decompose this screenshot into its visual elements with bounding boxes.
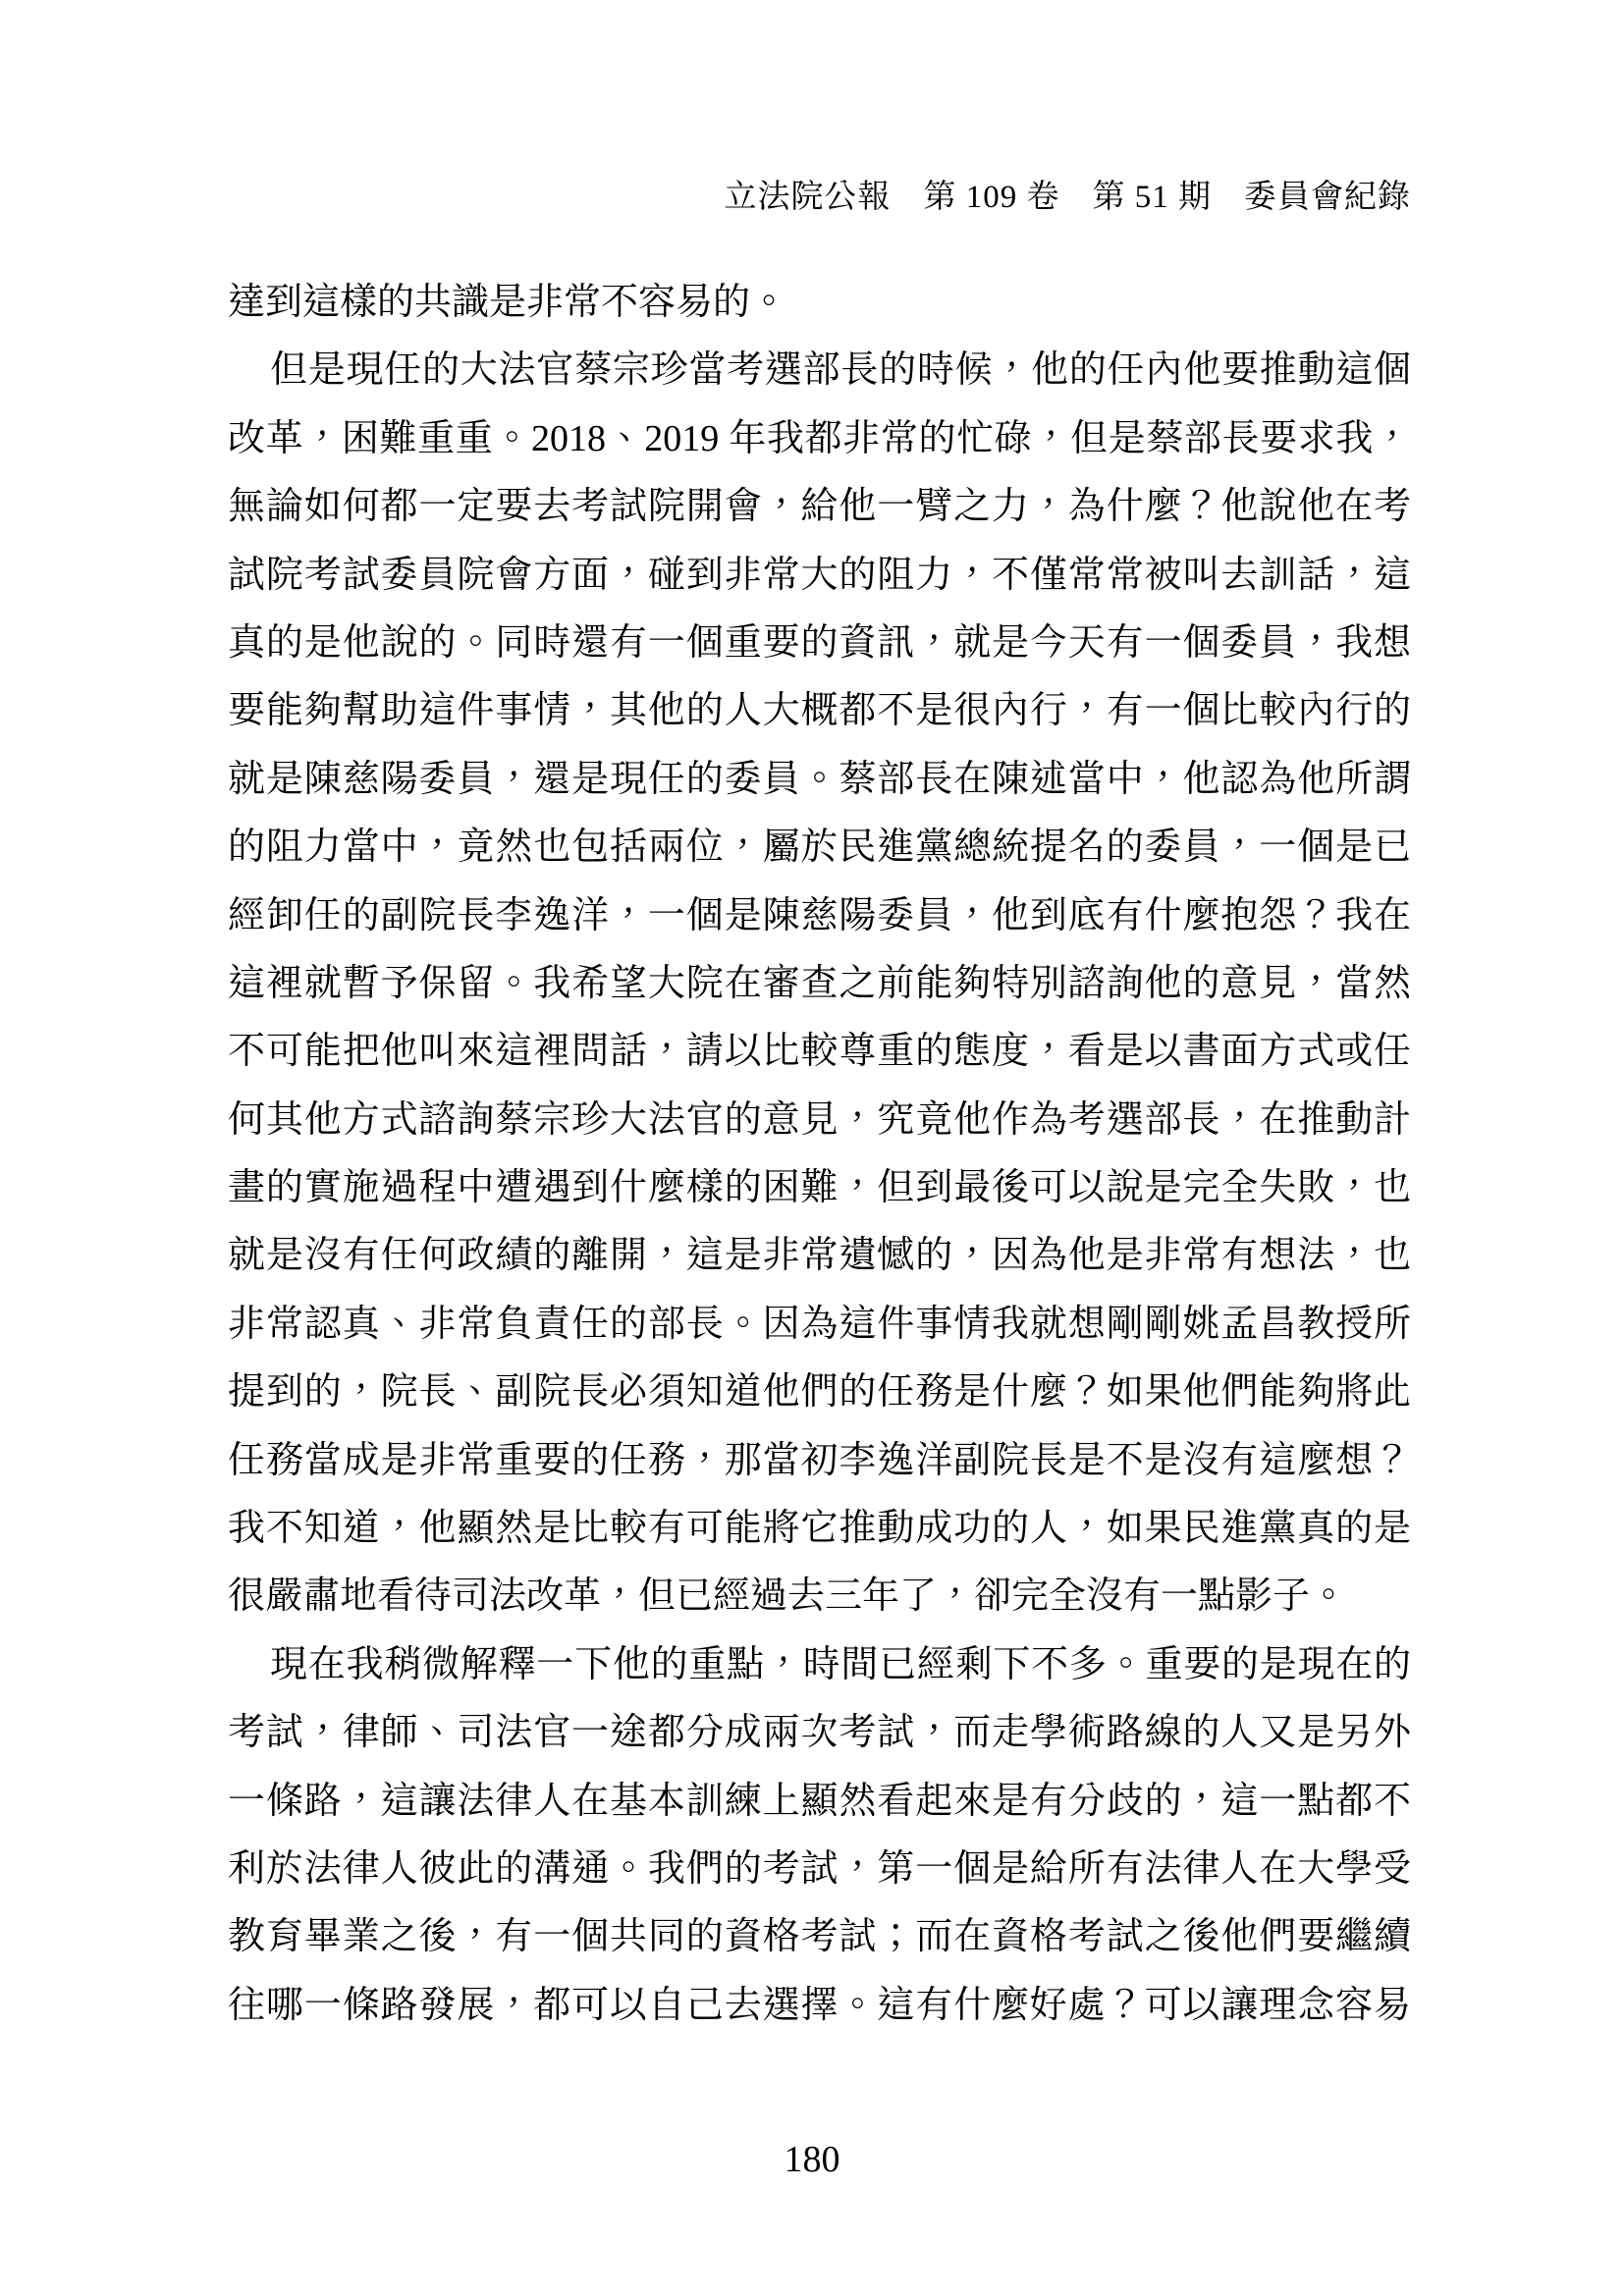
text-line: 往哪一條路發展，都可以自己去選擇。這有什麼好處？可以讓理念容易	[228, 1972, 1411, 2040]
text-line: 提到的，院長、副院長必須知道他們的任務是什麼？如果他們能夠將此	[228, 1359, 1411, 1426]
gazette-page: 立法院公報 第 109 卷 第 51 期 委員會紀錄 達到這樣的共識是非常不容易…	[0, 0, 1624, 2296]
text-line: 不可能把他叫來這裡問話，請以比較尊重的態度，看是以書面方式或任	[228, 1018, 1411, 1086]
text-line: 改革，困難重重。2018、2019 年我都非常的忙碌，但是蔡部長要求我，	[228, 405, 1411, 473]
text-line: 就是陳慈陽委員，還是現任的委員。蔡部長在陳述當中，他認為他所謂	[228, 746, 1411, 814]
text-line: 但是現任的大法官蔡宗珍當考選部長的時候，他的任內他要推動這個	[228, 337, 1411, 404]
text-line: 這裡就暫予保留。我希望大院在審查之前能夠特別諮詢他的意見，當然	[228, 950, 1411, 1018]
text-line: 教育畢業之後，有一個共同的資格考試；而在資格考試之後他們要繼續	[228, 1903, 1411, 1971]
text-line: 要能夠幫助這件事情，其他的人大概都不是很內行，有一個比較內行的	[228, 677, 1411, 745]
text-line: 就是沒有任何政績的離開，這是非常遺憾的，因為他是非常有想法，也	[228, 1222, 1411, 1290]
text-line: 達到這樣的共識是非常不容易的。	[228, 269, 1411, 337]
text-line: 的阻力當中，竟然也包括兩位，屬於民進黨總統提名的委員，一個是已	[228, 814, 1411, 881]
text-line: 很嚴肅地看待司法改革，但已經過去三年了，卻完全沒有一點影子。	[228, 1563, 1411, 1630]
body-text: 達到這樣的共識是非常不容易的。 但是現任的大法官蔡宗珍當考選部長的時候，他的任內…	[228, 269, 1411, 2040]
text-line: 經卸任的副院長李逸洋，一個是陳慈陽委員，他到底有什麼抱怨？我在	[228, 882, 1411, 950]
page-footer: 180	[0, 2141, 1624, 2178]
text-line: 我不知道，他顯然是比較有可能將它推動成功的人，如果民進黨真的是	[228, 1495, 1411, 1563]
page-header: 立法院公報 第 109 卷 第 51 期 委員會紀錄	[725, 178, 1412, 218]
header-issue: 第 51 期	[1093, 178, 1213, 218]
header-gazette-title: 立法院公報	[725, 178, 892, 218]
header-volume: 第 109 卷	[924, 178, 1060, 218]
text-line: 現在我稍微解釋一下他的重點，時間已經剩下不多。重要的是現在的	[228, 1631, 1411, 1699]
text-line: 考試，律師、司法官一途都分成兩次考試，而走學術路線的人又是另外	[228, 1699, 1411, 1767]
text-line: 非常認真、非常負責任的部長。因為這件事情我就想剛剛姚孟昌教授所	[228, 1291, 1411, 1359]
text-line: 何其他方式諮詢蔡宗珍大法官的意見，究竟他作為考選部長，在推動計	[228, 1087, 1411, 1154]
text-line: 試院考試委員院會方面，碰到非常大的阻力，不僅常常被叫去訓話，這	[228, 542, 1411, 610]
text-line: 一條路，這讓法律人在基本訓練上顯然看起來是有分歧的，這一點都不	[228, 1768, 1411, 1836]
page-number: 180	[785, 2139, 840, 2180]
text-line: 任務當成是非常重要的任務，那當初李逸洋副院長是不是沒有這麼想？	[228, 1427, 1411, 1495]
header-record-type: 委員會紀錄	[1244, 178, 1411, 218]
text-line: 畫的實施過程中遭遇到什麼樣的困難，但到最後可以說是完全失敗，也	[228, 1154, 1411, 1222]
text-line: 利於法律人彼此的溝通。我們的考試，第一個是給所有法律人在大學受	[228, 1836, 1411, 1903]
text-line: 真的是他說的。同時還有一個重要的資訊，就是今天有一個委員，我想	[228, 610, 1411, 677]
text-line: 無論如何都一定要去考試院開會，給他一臂之力，為什麼？他說他在考	[228, 473, 1411, 541]
